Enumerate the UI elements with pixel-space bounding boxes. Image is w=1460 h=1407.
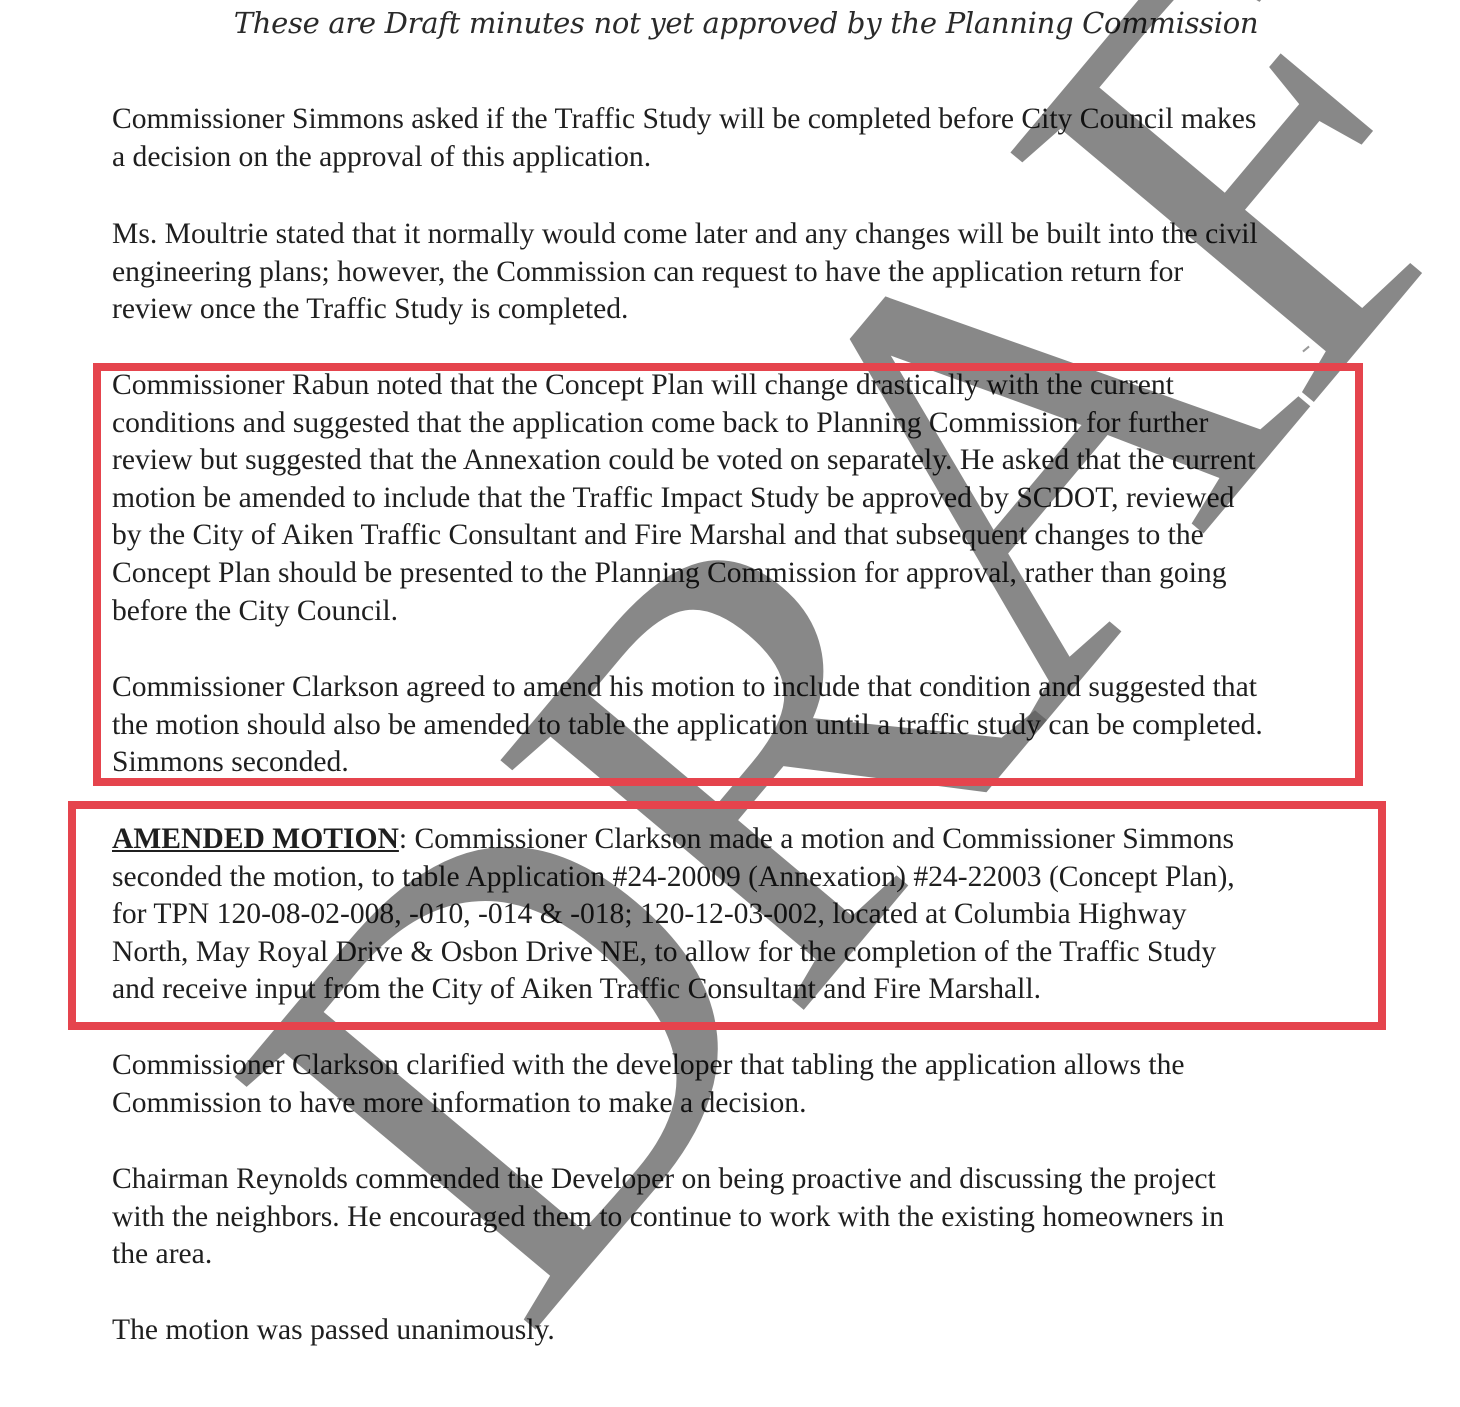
text-line: a decision on the approval of this appli… bbox=[112, 139, 1256, 177]
text-line: the motion should also be amended to tab… bbox=[112, 707, 1263, 745]
text-line: Commissioner Clarkson clarified with the… bbox=[112, 1047, 1185, 1085]
scan-mark bbox=[1302, 346, 1309, 353]
paragraph-amended-motion: AMENDED MOTION: Commissioner Clarkson ma… bbox=[112, 821, 1235, 1009]
amended-motion-label: AMENDED MOTION bbox=[112, 823, 399, 855]
text-line: AMENDED MOTION: Commissioner Clarkson ma… bbox=[112, 821, 1235, 859]
text-fragment: : Commissioner Clarkson made a motion an… bbox=[399, 823, 1234, 855]
text-line: Chairman Reynolds commended the Develope… bbox=[112, 1161, 1224, 1199]
text-line: Simmons seconded. bbox=[112, 744, 1263, 782]
paragraph-motion-passed: The motion was passed unanimously. bbox=[112, 1312, 555, 1350]
text-line: Commissioner Simmons asked if the Traffi… bbox=[112, 101, 1256, 139]
text-line: Commissioner Clarkson agreed to amend hi… bbox=[112, 669, 1263, 707]
text-line: Commission to have more information to m… bbox=[112, 1085, 1185, 1123]
text-line: review once the Traffic Study is complet… bbox=[112, 291, 1258, 329]
text-line: seconded the motion, to table Applicatio… bbox=[112, 859, 1235, 897]
paragraph-reynolds-commend: Chairman Reynolds commended the Develope… bbox=[112, 1161, 1224, 1274]
draft-minutes-header: These are Draft minutes not yet approved… bbox=[0, 6, 1460, 40]
text-line: by the City of Aiken Traffic Consultant … bbox=[112, 517, 1256, 555]
text-line: the area. bbox=[112, 1236, 1224, 1274]
text-line: conditions and suggested that the applic… bbox=[112, 405, 1256, 443]
text-line: North, May Royal Drive & Osbon Drive NE,… bbox=[112, 934, 1235, 972]
paragraph-clarkson-clarified: Commissioner Clarkson clarified with the… bbox=[112, 1047, 1185, 1122]
text-line: Commissioner Rabun noted that the Concep… bbox=[112, 367, 1256, 405]
text-line: engineering plans; however, the Commissi… bbox=[112, 254, 1258, 292]
text-line: with the neighbors. He encouraged them t… bbox=[112, 1199, 1224, 1237]
text-line: motion be amended to include that the Tr… bbox=[112, 480, 1256, 518]
paragraph-clarkson-amend: Commissioner Clarkson agreed to amend hi… bbox=[112, 669, 1263, 782]
text-line: Concept Plan should be presented to the … bbox=[112, 555, 1256, 593]
text-line: Ms. Moultrie stated that it normally wou… bbox=[112, 216, 1258, 254]
text-line: before the City Council. bbox=[112, 593, 1256, 631]
paragraph-moultrie-response: Ms. Moultrie stated that it normally wou… bbox=[112, 216, 1258, 329]
text-line: review but suggested that the Annexation… bbox=[112, 442, 1256, 480]
text-line: The motion was passed unanimously. bbox=[112, 1312, 555, 1350]
paragraph-simmons-question: Commissioner Simmons asked if the Traffi… bbox=[112, 101, 1256, 176]
paragraph-rabun-note: Commissioner Rabun noted that the Concep… bbox=[112, 367, 1256, 630]
text-line: and receive input from the City of Aiken… bbox=[112, 971, 1235, 1009]
text-line: for TPN 120-08-02-008, -010, -014 & -018… bbox=[112, 896, 1235, 934]
